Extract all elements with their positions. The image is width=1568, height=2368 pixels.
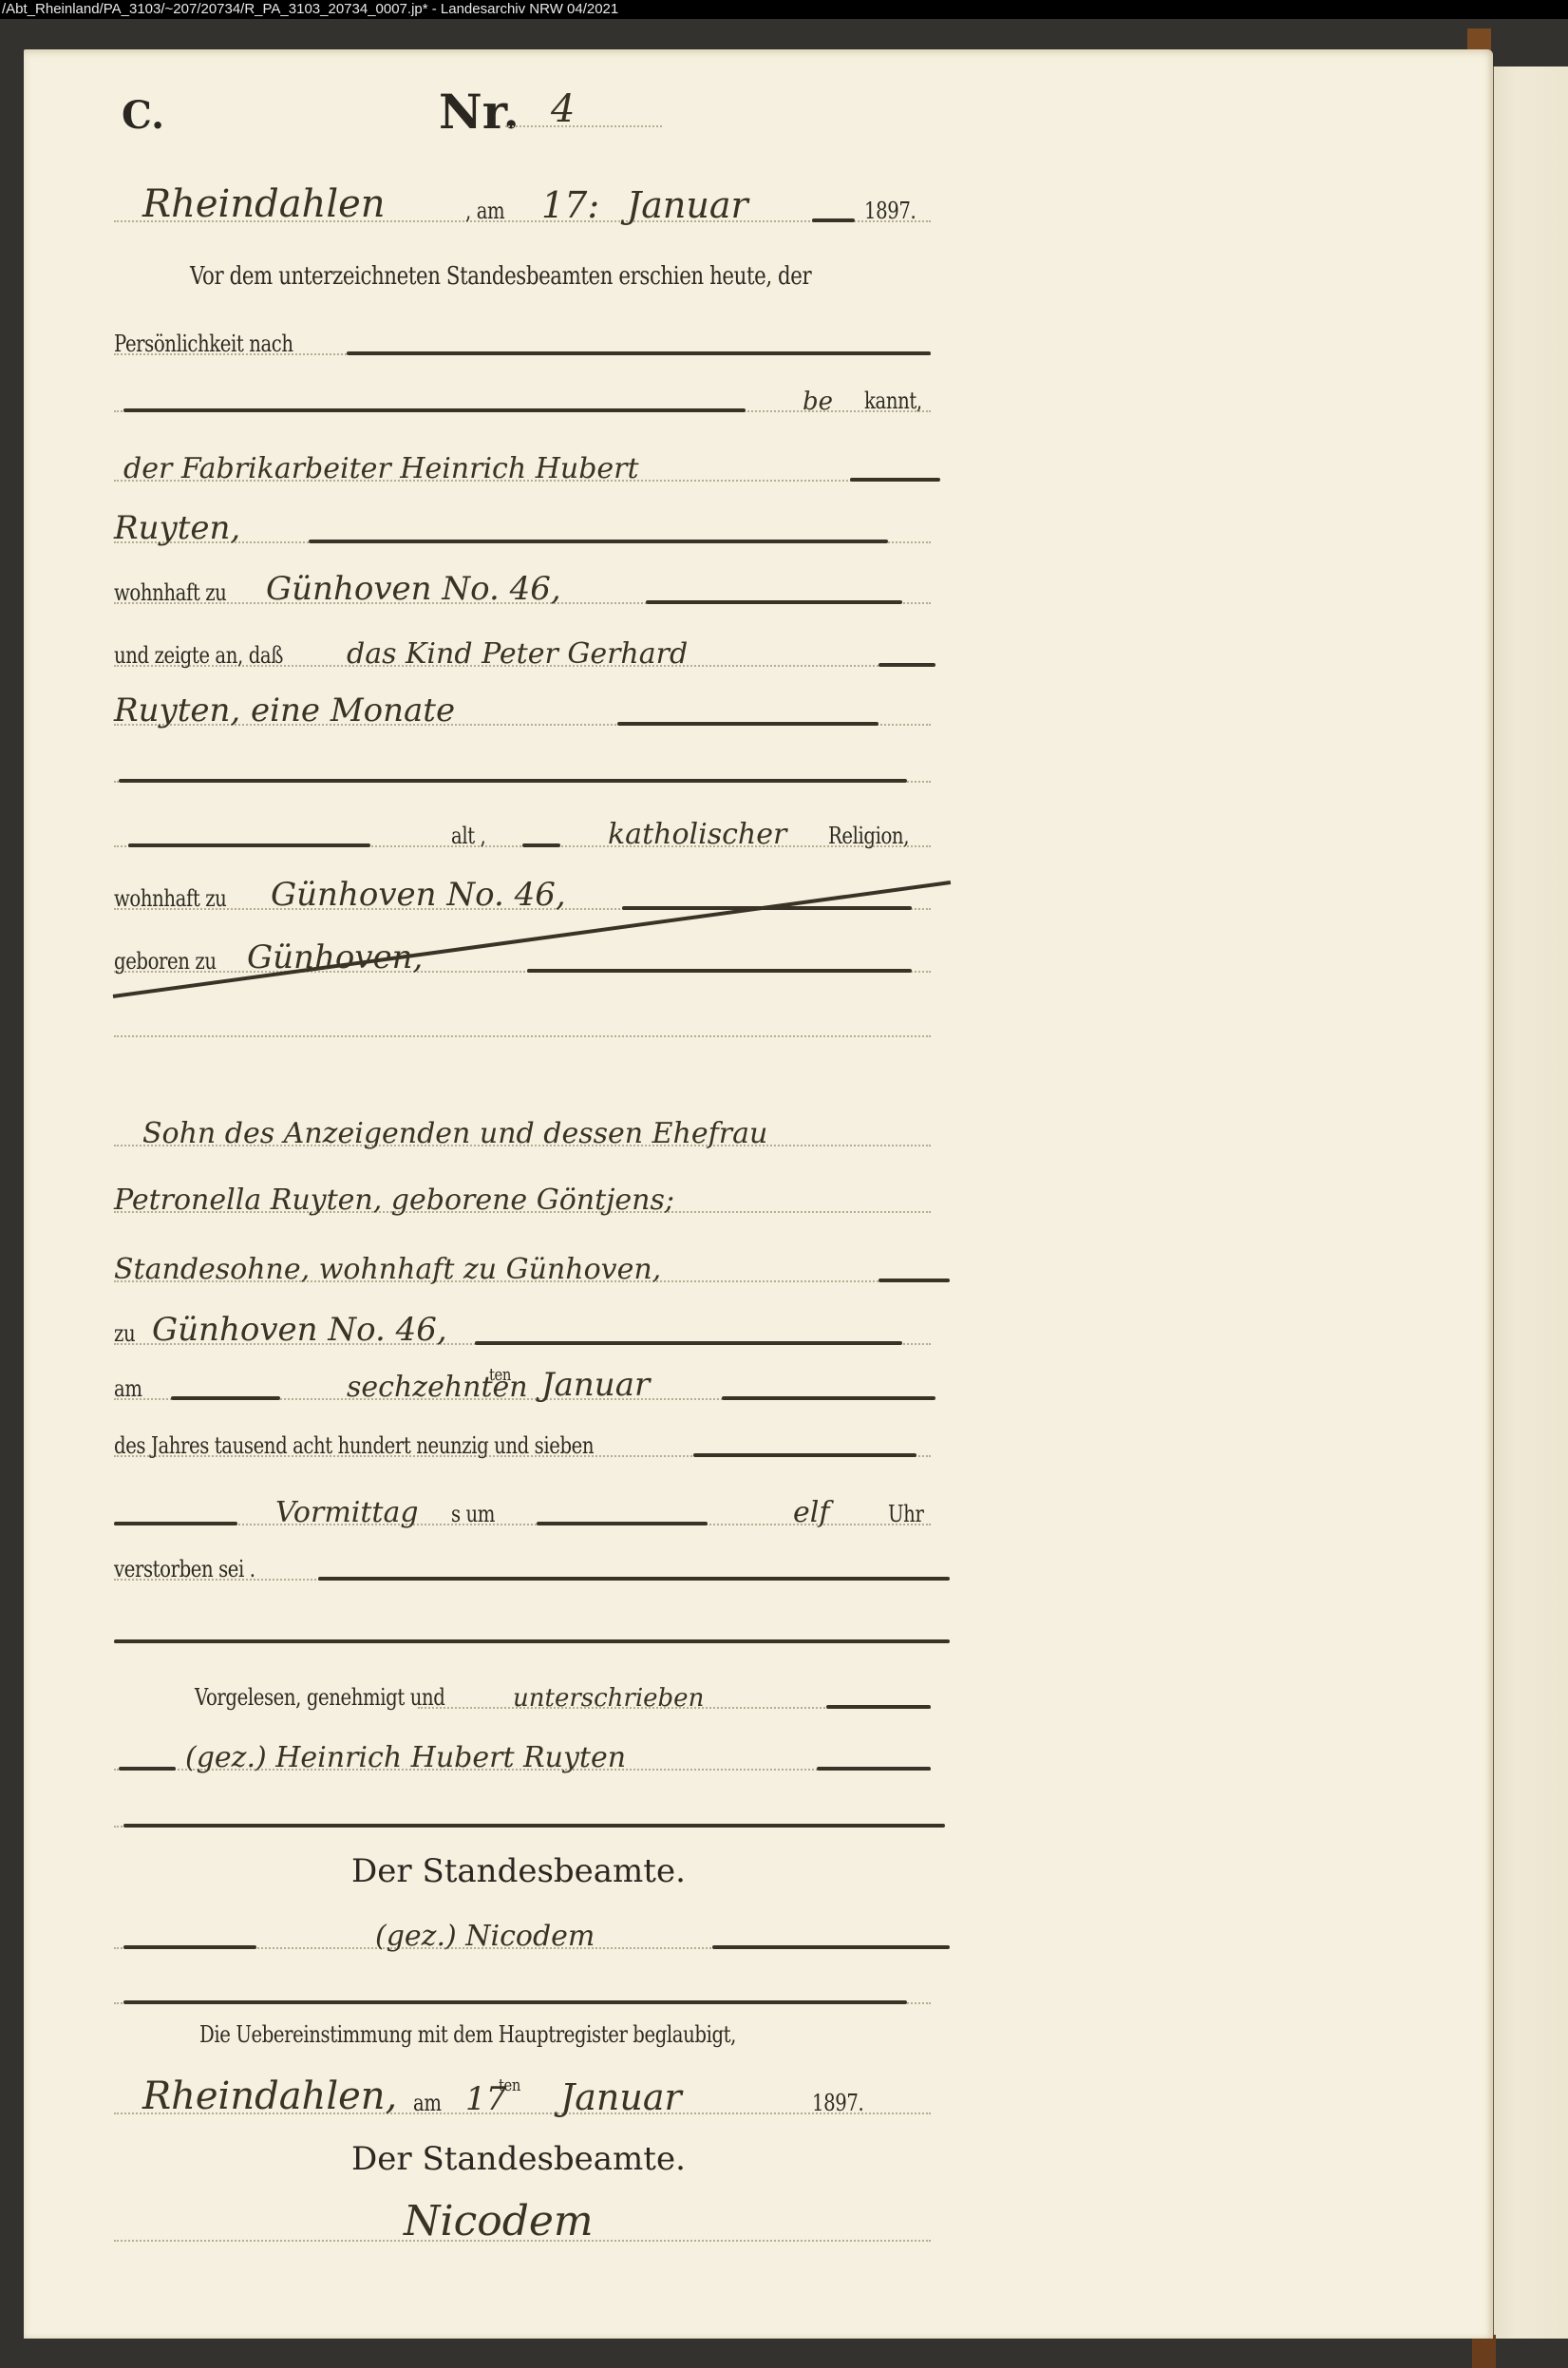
- deceased-name-1: das Kind Peter Gerhard: [347, 637, 688, 671]
- bekannt-line: be kannt,: [114, 380, 931, 418]
- cert-place-date-line: Rheindahlen, am 17 ten Januar 1897.: [114, 2073, 931, 2120]
- filler-stroke: [318, 1577, 950, 1581]
- informant-name-1: der Fabrikarbeiter Heinrich Hubert: [123, 452, 639, 485]
- deceased-residence: Günhoven No. 46,: [271, 876, 566, 914]
- filler-stroke: [617, 722, 878, 726]
- unterschrieben: unterschrieben: [513, 1684, 704, 1713]
- filler-stroke: [123, 408, 746, 412]
- geboren-label: geboren zu: [114, 948, 217, 975]
- parents-line-3: Standesohne, wohnhaft zu Günhoven,: [114, 1242, 931, 1288]
- parents-text-3: Standesohne, wohnhaft zu Günhoven,: [114, 1253, 661, 1286]
- date-month: Januar: [627, 184, 748, 226]
- year-line: des Jahres tausend acht hundert neunzig …: [114, 1425, 931, 1463]
- place-date-line: Rheindahlen , am 17: Januar 1897.: [114, 180, 931, 228]
- informant-line-1: der Fabrikarbeiter Heinrich Hubert: [114, 442, 931, 487]
- bekannt-label: kannt,: [864, 388, 922, 414]
- blank-line-4: [114, 1795, 931, 1833]
- day-suffix: ten: [489, 1365, 511, 1385]
- am-label: , am: [465, 198, 504, 224]
- blank-line-1: [114, 750, 931, 788]
- cert-place: Rheindahlen,: [142, 2074, 397, 2118]
- verstorben-line: verstorben sei .: [114, 1548, 931, 1586]
- section-letter: C.: [122, 93, 164, 138]
- filler-stroke: [878, 1279, 950, 1282]
- religion-label: Religion,: [828, 823, 909, 849]
- filler-stroke: [475, 1341, 902, 1345]
- dotted-rule: [114, 1035, 931, 1037]
- intro-line: Vor dem unterzeichneten Standesbeamten e…: [114, 256, 931, 294]
- blank-line-5: [114, 1972, 931, 2010]
- filler-stroke: [693, 1453, 916, 1457]
- official-signature-line: (gez.) Nicodem: [114, 1909, 931, 1955]
- death-month: Januar: [541, 1366, 650, 1404]
- filler-stroke: [850, 478, 940, 482]
- facing-page: [1493, 66, 1568, 2339]
- informant-signature: (gez.) Heinrich Hubert Ruyten: [185, 1741, 626, 1774]
- filler-stroke: [522, 843, 560, 847]
- intro-text: Vor dem unterzeichneten Standesbeamten e…: [190, 262, 811, 291]
- certification-line: Die Uebereinstimmung mit dem Hauptregist…: [114, 2014, 931, 2052]
- vorgelesen-label: Vorgelesen, genehmigt und: [195, 1684, 444, 1711]
- filler-stroke: [128, 843, 370, 847]
- cert-month: Januar: [560, 2076, 682, 2118]
- blank-line-2: [114, 1005, 931, 1043]
- filler-stroke: [119, 779, 907, 783]
- parents-text-1: Sohn des Anzeigenden und dessen Ehefrau: [142, 1117, 767, 1150]
- deceased-name-2: Ruyten, eine Monate: [114, 691, 455, 729]
- filler-stroke: [123, 1945, 256, 1949]
- deceased-line-2: Ruyten, eine Monate: [114, 686, 931, 731]
- death-place-line: zu Günhoven No. 46,: [114, 1305, 931, 1351]
- time-period: Vormittag: [275, 1496, 419, 1529]
- cert-signature: Nicodem: [404, 2197, 594, 2245]
- parents-line-1: Sohn des Anzeigenden und dessen Ehefrau: [114, 1107, 931, 1152]
- filler-stroke: [123, 1824, 945, 1828]
- filler-stroke: [171, 1396, 280, 1400]
- parents-text-2: Petronella Ruyten, geborene Göntjens;: [114, 1184, 674, 1217]
- cert-day-suffix: ten: [499, 2075, 520, 2095]
- parents-line-2: Petronella Ruyten, geborene Göntjens;: [114, 1173, 931, 1219]
- filler-stroke: [123, 2000, 907, 2004]
- filler-stroke: [812, 218, 855, 222]
- filler-stroke: [114, 1639, 950, 1643]
- cert-year: 1897.: [812, 2090, 863, 2116]
- place-name: Rheindahlen: [142, 182, 386, 226]
- certification-text: Die Uebereinstimmung mit dem Hauptregist…: [199, 2021, 736, 2048]
- filler-stroke: [817, 1767, 931, 1771]
- record-number-dots: [505, 125, 662, 127]
- cert-official-title: Der Standesbeamte.: [351, 2140, 686, 2178]
- alt-label: alt ,: [451, 823, 485, 849]
- date-day: 17:: [541, 184, 599, 226]
- filler-stroke: [878, 663, 935, 667]
- age-religion-line: alt , katholischer Religion,: [114, 807, 931, 853]
- blank-line-3: [114, 1611, 931, 1649]
- filler-stroke: [114, 1522, 237, 1525]
- zeigte-line: und zeigte an, daß das Kind Peter Gerhar…: [114, 627, 931, 673]
- deceased-wohnhaft-label: wohnhaft zu: [114, 885, 226, 912]
- official-signature: (gez.) Nicodem: [375, 1920, 595, 1953]
- death-place-label: zu: [114, 1320, 135, 1347]
- book-spine-bottom: [1472, 2335, 1496, 2368]
- time-hour: elf: [793, 1496, 829, 1529]
- time-suffix: s um: [451, 1501, 495, 1527]
- filler-stroke: [537, 1522, 708, 1525]
- am-label: am: [114, 1375, 142, 1402]
- vorgelesen-line: Vorgelesen, genehmigt und unterschrieben: [114, 1672, 931, 1714]
- zeigte-label: und zeigte an, daß: [114, 642, 283, 669]
- filler-stroke: [722, 1396, 935, 1400]
- year-text: des Jahres tausend acht hundert neunzig …: [114, 1432, 594, 1459]
- informant-residence-line: wohnhaft zu Günhoven No. 46,: [114, 564, 931, 610]
- filler-stroke: [309, 540, 888, 543]
- cert-signature-line: Nicodem: [114, 2194, 931, 2247]
- cert-am-label: am: [413, 2090, 442, 2116]
- filler-stroke: [347, 351, 931, 355]
- informant-signature-line: (gez.) Heinrich Hubert Ruyten: [114, 1731, 931, 1776]
- death-date-line: am sechzehnten ten Januar: [114, 1360, 931, 1406]
- window-title: /Abt_Rheinland/PA_3103/~207/20734/R_PA_3…: [0, 0, 1568, 19]
- bekannt-prefix: be: [803, 388, 833, 416]
- date-year: 1897.: [864, 198, 916, 224]
- time-line: Vormittag s um elf Uhr: [114, 1486, 931, 1531]
- informant-name-2: Ruyten,: [114, 509, 240, 547]
- official-title: Der Standesbeamte.: [351, 1852, 686, 1890]
- persoenlichkeit-line: Persönlichkeit nach: [114, 323, 931, 361]
- filler-stroke: [119, 1767, 176, 1771]
- religion-value: katholischer: [608, 818, 786, 851]
- informant-residence: Günhoven No. 46,: [266, 570, 561, 608]
- uhr-label: Uhr: [888, 1501, 923, 1527]
- deceased-residence-line: wohnhaft zu Günhoven No. 46,: [114, 870, 931, 916]
- persoenlichkeit-label: Persönlichkeit nach: [114, 331, 293, 357]
- record-number-label: Nr.: [439, 84, 520, 140]
- filler-stroke: [646, 600, 902, 604]
- death-place: Günhoven No. 46,: [152, 1311, 447, 1349]
- verstorben-label: verstorben sei .: [114, 1556, 255, 1582]
- filler-stroke: [712, 1945, 950, 1949]
- filler-stroke: [527, 969, 912, 973]
- wohnhaft-label: wohnhaft zu: [114, 579, 226, 606]
- informant-line-2: Ruyten,: [114, 503, 931, 549]
- filler-stroke: [826, 1705, 931, 1709]
- record-number: 4: [551, 87, 575, 131]
